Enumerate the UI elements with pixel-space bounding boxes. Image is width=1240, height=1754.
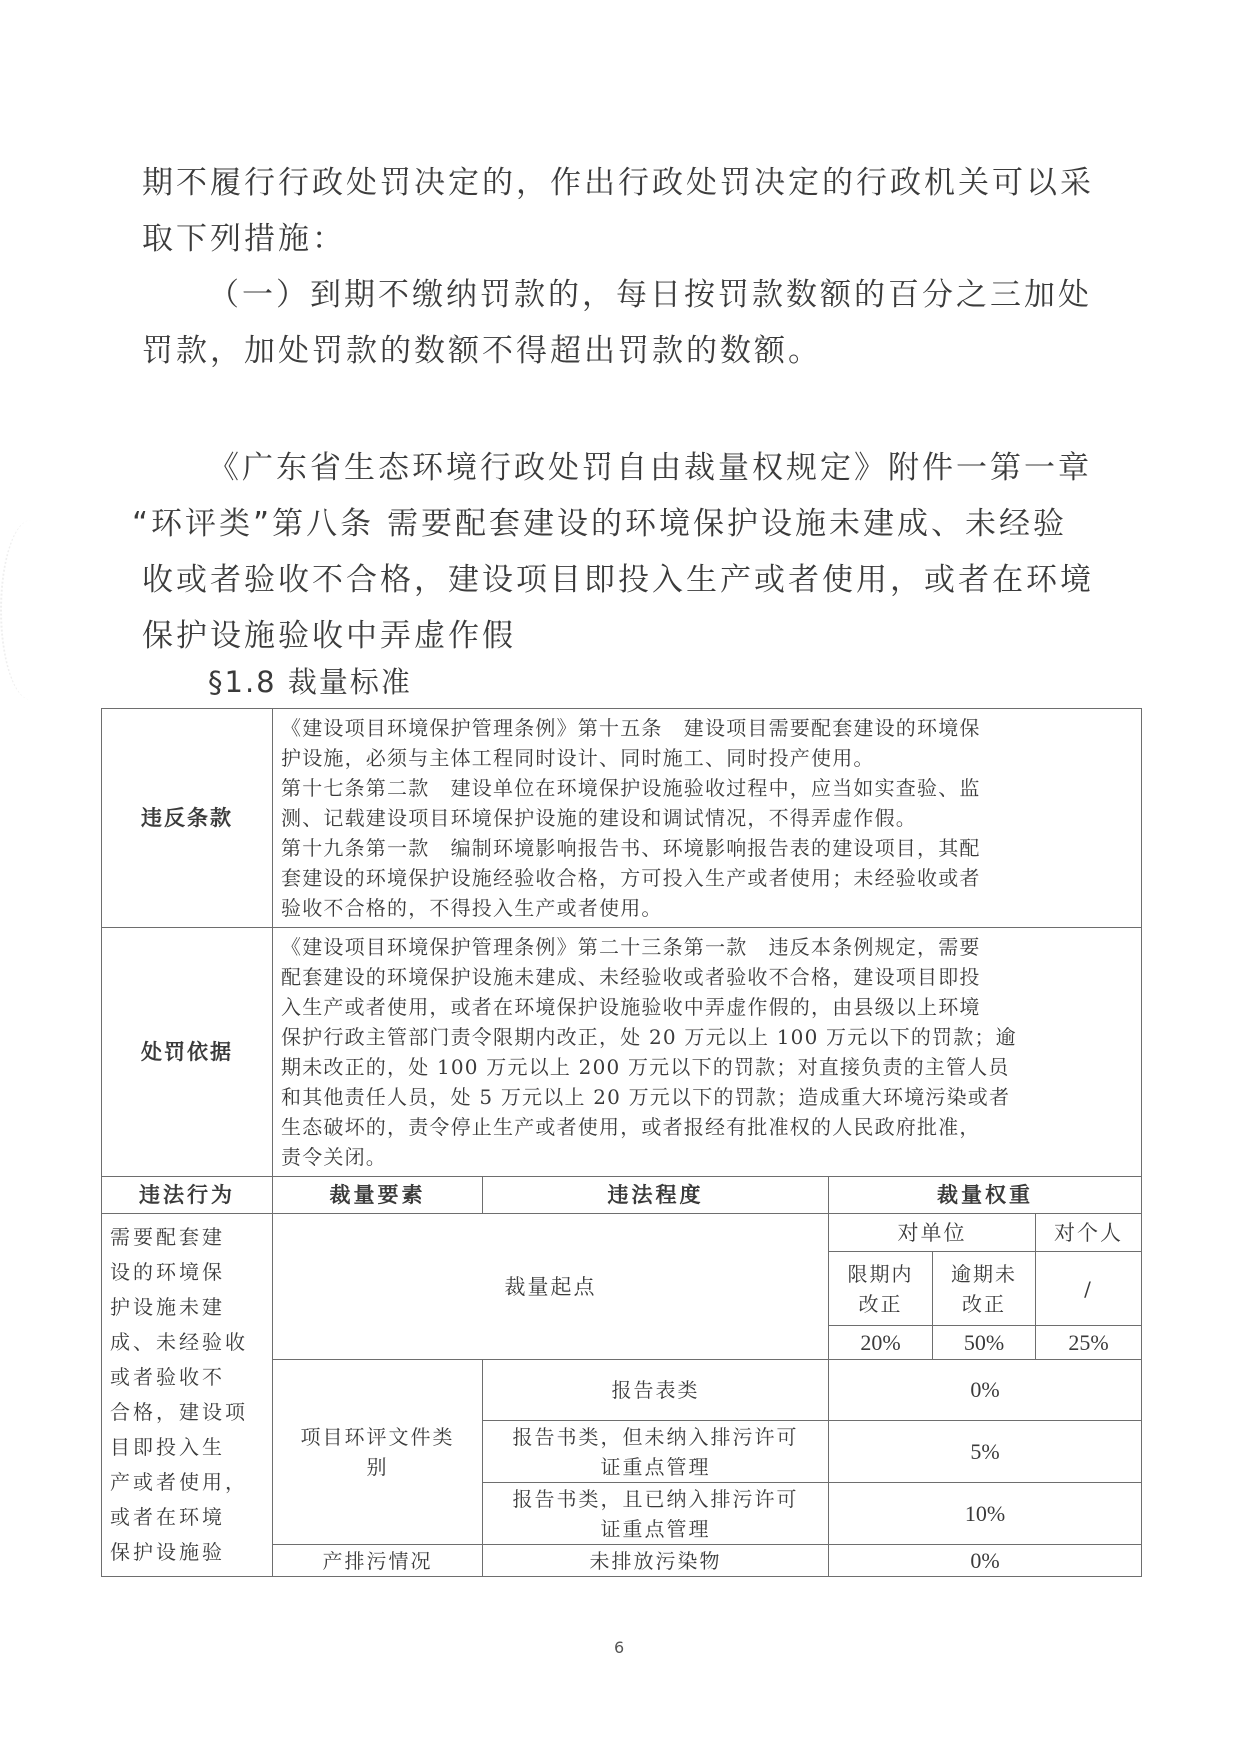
text-line: 测、记载建设项目环境保护设施的建设和调试情况，不得弄虚作假。 bbox=[281, 803, 1133, 833]
text-line: 成、未经验收 bbox=[110, 1325, 264, 1360]
weight-cell: 10% bbox=[829, 1483, 1142, 1545]
header-behavior: 违法行为 bbox=[102, 1177, 273, 1214]
text-line: 护设施，必须与主体工程同时设计、同时施工、同时投产使用。 bbox=[281, 743, 1133, 773]
text-line: 取下列措施： bbox=[142, 211, 1102, 267]
text-line: 入生产或者使用，或者在环境保护设施验收中弄虚作假的，由县级以上环境 bbox=[281, 992, 1133, 1022]
paragraph-regulation-reference: 《广东省生态环境行政处罚自由裁量权规定》附件一第一章 “环评类”第八条 需要配套… bbox=[142, 440, 1102, 664]
text-line: 保护设施验 bbox=[110, 1535, 264, 1570]
text-line: 责令关闭。 bbox=[281, 1142, 1133, 1172]
text-line: 需要配套建 bbox=[110, 1220, 264, 1255]
violated-clause-row: 违反条款 《建设项目环境保护管理条例》第十五条 建设项目需要配套建设的环境保 护… bbox=[102, 709, 1142, 928]
text-line: 产或者使用， bbox=[110, 1465, 264, 1500]
penalty-basis-text: 《建设项目环境保护管理条例》第二十三条第一款 违反本条例规定，需要 配套建设的环… bbox=[273, 928, 1142, 1177]
penalty-basis-label: 处罚依据 bbox=[102, 928, 273, 1177]
header-to-individual: 对个人 bbox=[1036, 1214, 1142, 1252]
text-line: 保护设施验收中弄虚作假 bbox=[142, 608, 1102, 664]
text-line: 合格，建设项 bbox=[110, 1395, 264, 1430]
text-line: 报告书类，但未纳入排污许可 bbox=[489, 1422, 822, 1452]
factor-eia-document-type: 项目环评文件类 别 bbox=[273, 1360, 483, 1545]
factor-pollution-discharge: 产排污情况 bbox=[273, 1545, 483, 1577]
text-line: 报告书类，且已纳入排污许可 bbox=[489, 1484, 822, 1514]
text-line: 套建设的环境保护设施经验收合格，方可投入生产或者使用；未经验收或者 bbox=[281, 863, 1133, 893]
text-line: 证重点管理 bbox=[489, 1452, 822, 1482]
text-line: 生态破坏的，责令停止生产或者使用，或者报经有批准权的人民政府批准， bbox=[281, 1112, 1133, 1142]
text-line: 第十九条第一款 编制环境影响报告书、环境影响报告表的建设项目，其配 bbox=[281, 833, 1133, 863]
text-line: 第十七条第二款 建设单位在环境保护设施验收过程中，应当如实查验、监 bbox=[281, 773, 1133, 803]
starting-overdue-value: 50% bbox=[933, 1326, 1036, 1360]
violated-clause-label: 违反条款 bbox=[102, 709, 273, 928]
header-weight: 裁量权重 bbox=[829, 1177, 1142, 1214]
paragraph-enforcement-measures: 期不履行行政处罚决定的，作出行政处罚决定的行政机关可以采 取下列措施： （一）到… bbox=[142, 155, 1102, 379]
text-line: 《广东省生态环境行政处罚自由裁量权规定》附件一第一章 bbox=[142, 440, 1102, 496]
degree-cell: 报告书类，但未纳入排污许可 证重点管理 bbox=[483, 1421, 829, 1483]
text-line: 逾期未 bbox=[939, 1259, 1029, 1289]
penalty-basis-row: 处罚依据 《建设项目环境保护管理条例》第二十三条第一款 违反本条例规定，需要 配… bbox=[102, 928, 1142, 1177]
scan-artifact bbox=[0, 520, 62, 700]
text-line: 设的环境保 bbox=[110, 1255, 264, 1290]
text-line: 目即投入生 bbox=[110, 1430, 264, 1465]
text-line: 罚款，加处罚款的数额不得超出罚款的数额。 bbox=[142, 323, 1102, 379]
text-line: 改正 bbox=[939, 1289, 1029, 1319]
section-title: §1.8 裁量标准 bbox=[208, 660, 412, 701]
header-factor: 裁量要素 bbox=[273, 1177, 483, 1214]
text-line: 别 bbox=[279, 1452, 476, 1482]
header-to-unit: 对单位 bbox=[829, 1214, 1036, 1252]
starting-individual-value: 25% bbox=[1036, 1326, 1142, 1360]
text-line: 《建设项目环境保护管理条例》第十五条 建设项目需要配套建设的环境保 bbox=[281, 713, 1133, 743]
subheader-row: 需要配套建 设的环境保 护设施未建 成、未经验收 或者验收不 合格，建设项 目即… bbox=[102, 1214, 1142, 1252]
text-line: 护设施未建 bbox=[110, 1290, 264, 1325]
text-line: 期未改正的，处 100 万元以上 200 万元以下的罚款；对直接负责的主管人员 bbox=[281, 1052, 1133, 1082]
violated-clause-text: 《建设项目环境保护管理条例》第十五条 建设项目需要配套建设的环境保 护设施，必须… bbox=[273, 709, 1142, 928]
text-line: “环评类”第八条 需要配套建设的环境保护设施未建成、未经验 bbox=[132, 496, 1102, 552]
page-number: 6 bbox=[614, 1638, 624, 1657]
text-line: 《建设项目环境保护管理条例》第二十三条第一款 违反本条例规定，需要 bbox=[281, 932, 1133, 962]
text-line: 期不履行行政处罚决定的，作出行政处罚决定的行政机关可以采 bbox=[142, 155, 1102, 211]
header-degree: 违法程度 bbox=[483, 1177, 829, 1214]
text-line: 或者在环境 bbox=[110, 1500, 264, 1535]
weight-cell: 0% bbox=[829, 1360, 1142, 1421]
header-within-deadline: 限期内 改正 bbox=[829, 1252, 933, 1326]
degree-cell: 报告表类 bbox=[483, 1360, 829, 1421]
weight-cell: 5% bbox=[829, 1421, 1142, 1483]
discretion-standard-table: 违反条款 《建设项目环境保护管理条例》第十五条 建设项目需要配套建设的环境保 护… bbox=[101, 708, 1142, 1577]
degree-cell: 未排放污染物 bbox=[483, 1545, 829, 1577]
text-line: 收或者验收不合格，建设项目即投入生产或者使用，或者在环境 bbox=[142, 552, 1102, 608]
text-line: 证重点管理 bbox=[489, 1514, 822, 1544]
text-line: 配套建设的环境保护设施未建成、未经验收或者验收不合格，建设项目即投 bbox=[281, 962, 1133, 992]
text-line: （一）到期不缴纳罚款的，每日按罚款数额的百分之三加处 bbox=[142, 267, 1102, 323]
starting-within-deadline-value: 20% bbox=[829, 1326, 933, 1360]
starting-point-label: 裁量起点 bbox=[273, 1214, 829, 1360]
violation-behavior-cell: 需要配套建 设的环境保 护设施未建 成、未经验收 或者验收不 合格，建设项 目即… bbox=[102, 1214, 273, 1577]
text-line: 改正 bbox=[835, 1289, 926, 1319]
text-line: 和其他责任人员，处 5 万元以上 20 万元以下的罚款；造成重大环境污染或者 bbox=[281, 1082, 1133, 1112]
header-overdue: 逾期未 改正 bbox=[933, 1252, 1036, 1326]
text-line: 保护行政主管部门责令限期内改正，处 20 万元以上 100 万元以下的罚款；逾 bbox=[281, 1022, 1133, 1052]
individual-slash: / bbox=[1036, 1252, 1142, 1326]
text-line: 或者验收不 bbox=[110, 1360, 264, 1395]
text-line: 限期内 bbox=[835, 1259, 926, 1289]
weight-cell: 0% bbox=[829, 1545, 1142, 1577]
text-line: 验收不合格的，不得投入生产或者使用。 bbox=[281, 893, 1133, 923]
header-row: 违法行为 裁量要素 违法程度 裁量权重 bbox=[102, 1177, 1142, 1214]
degree-cell: 报告书类，且已纳入排污许可 证重点管理 bbox=[483, 1483, 829, 1545]
text-line: 项目环评文件类 bbox=[279, 1422, 476, 1452]
